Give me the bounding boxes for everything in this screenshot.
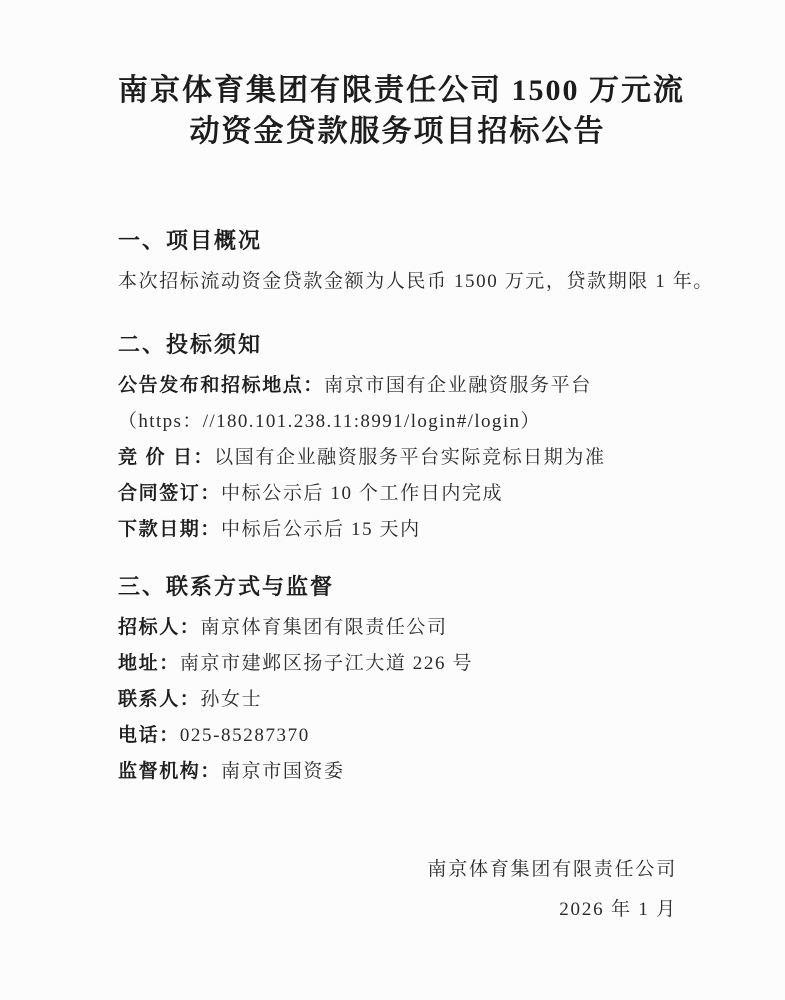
contact-person-line: 联系人：孙女士 xyxy=(118,682,677,718)
contract-signing-label: 合同签订： xyxy=(118,483,221,504)
signature-block: 南京体育集团有限责任公司 2026 年 1 月 xyxy=(118,852,677,928)
platform-url-value: （https：//180.101.238.11:8991/login#/logi… xyxy=(118,411,541,432)
bidding-date-label: 竞 价 日： xyxy=(118,447,214,468)
project-overview-value: 本次招标流动资金贷款金额为人民币 1500 万元，贷款期限 1 年。 xyxy=(118,271,714,292)
document-title-line1: 南京体育集团有限责任公司 1500 万元流 xyxy=(118,70,677,111)
loan-disbursement-label: 下款日期： xyxy=(118,519,221,540)
signature-date: 2026 年 1 月 xyxy=(118,892,677,928)
signature-company: 南京体育集团有限责任公司 xyxy=(118,852,677,888)
announcement-platform-line: 公告发布和招标地点：南京市国有企业融资服务平台 xyxy=(118,368,677,404)
section-2-body: 公告发布和招标地点：南京市国有企业融资服务平台 （https：//180.101… xyxy=(118,368,677,548)
section-3-heading: 三、联系方式与监督 xyxy=(118,572,677,602)
bidding-date-line: 竞 价 日：以国有企业融资服务平台实际竞标日期为准 xyxy=(118,440,677,476)
announcement-platform-label: 公告发布和招标地点： xyxy=(118,375,324,396)
phone-value: 025-85287370 xyxy=(180,725,310,746)
document-title-line2: 动资金贷款服务项目招标公告 xyxy=(118,111,677,152)
platform-url-line: （https：//180.101.238.11:8991/login#/logi… xyxy=(118,404,677,440)
tenderer-label: 招标人： xyxy=(118,617,200,638)
section-1-heading: 一、项目概况 xyxy=(118,226,677,256)
bidding-date-value: 以国有企业融资服务平台实际竞标日期为准 xyxy=(214,447,605,468)
tenderer-value: 南京体育集团有限责任公司 xyxy=(200,617,447,638)
supervisor-label: 监督机构： xyxy=(118,761,221,782)
supervisor-line: 监督机构：南京市国资委 xyxy=(118,754,677,790)
tenderer-line: 招标人：南京体育集团有限责任公司 xyxy=(118,610,677,646)
address-value: 南京市建邺区扬子江大道 226 号 xyxy=(180,653,473,674)
contract-signing-value: 中标公示后 10 个工作日内完成 xyxy=(221,483,503,504)
loan-disbursement-line: 下款日期：中标后公示后 15 天内 xyxy=(118,512,677,548)
address-line: 地址：南京市建邺区扬子江大道 226 号 xyxy=(118,646,677,682)
contact-person-label: 联系人： xyxy=(118,689,200,710)
section-3-body: 招标人：南京体育集团有限责任公司 地址：南京市建邺区扬子江大道 226 号 联系… xyxy=(118,610,677,790)
contract-signing-line: 合同签订：中标公示后 10 个工作日内完成 xyxy=(118,476,677,512)
phone-line: 电话：025-85287370 xyxy=(118,718,677,754)
section-1-body: 本次招标流动资金贷款金额为人民币 1500 万元，贷款期限 1 年。 xyxy=(118,264,677,300)
supervisor-value: 南京市国资委 xyxy=(221,761,345,782)
document-page: 南京体育集团有限责任公司 1500 万元流 动资金贷款服务项目招标公告 一、项目… xyxy=(0,0,785,1000)
phone-label: 电话： xyxy=(118,725,180,746)
contact-person-value: 孙女士 xyxy=(200,689,262,710)
address-label: 地址： xyxy=(118,653,180,674)
announcement-platform-value: 南京市国有企业融资服务平台 xyxy=(324,375,592,396)
project-overview-text: 本次招标流动资金贷款金额为人民币 1500 万元，贷款期限 1 年。 xyxy=(118,264,677,300)
document-title: 南京体育集团有限责任公司 1500 万元流 动资金贷款服务项目招标公告 xyxy=(118,70,677,152)
section-2-heading: 二、投标须知 xyxy=(118,330,677,360)
loan-disbursement-value: 中标后公示后 15 天内 xyxy=(221,519,421,540)
